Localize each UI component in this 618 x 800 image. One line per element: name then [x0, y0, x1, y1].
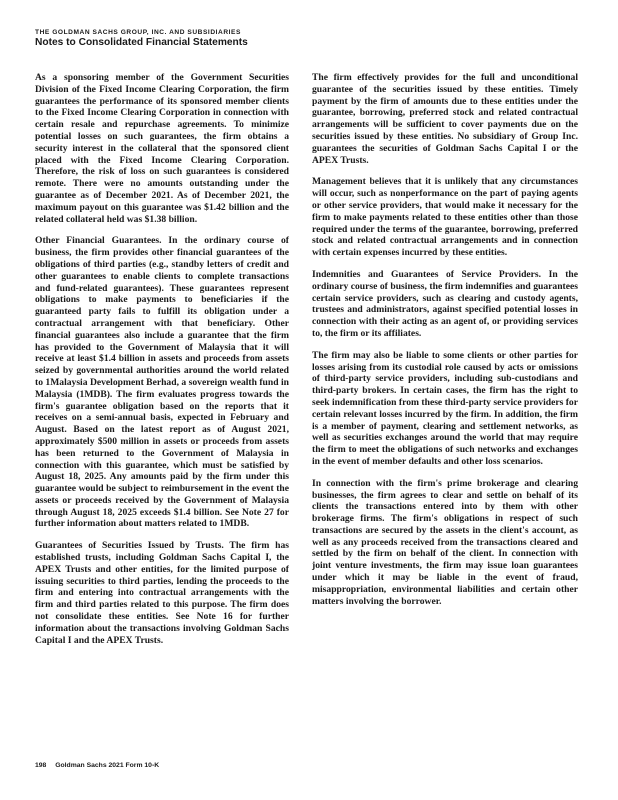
company-name: THE GOLDMAN SACHS GROUP, INC. AND SUBSID…: [35, 28, 595, 37]
paragraph-lead: Other Financial Guarantees.: [35, 235, 161, 246]
paragraph-text: The firm has established trusts, includi…: [35, 540, 289, 645]
paragraph: In connection with the firm's prime brok…: [312, 478, 578, 608]
paragraph-text: The firm effectively provides for the fu…: [312, 72, 578, 166]
page-number: 198: [35, 762, 46, 769]
page-header: THE GOLDMAN SACHS GROUP, INC. AND SUBSID…: [35, 28, 595, 49]
paragraph: Guarantees of Securities Issued by Trust…: [35, 540, 289, 646]
paragraph: As a sponsoring member of the Government…: [35, 72, 289, 225]
page-title: Notes to Consolidated Financial Statemen…: [35, 37, 595, 49]
paragraph-text: As a sponsoring member of the Government…: [35, 72, 289, 225]
paragraph: Indemnities and Guarantees of Service Pr…: [312, 269, 578, 340]
paragraph: Management believes that it is unlikely …: [312, 176, 578, 259]
left-column: As a sponsoring member of the Government…: [35, 72, 289, 656]
page-footer: 198 Goldman Sachs 2021 Form 10-K: [35, 762, 159, 769]
paragraph-text: In connection with the firm's prime brok…: [312, 478, 578, 607]
publication-name: Goldman Sachs 2021 Form 10-K: [55, 762, 159, 769]
right-column: The firm effectively provides for the fu…: [312, 72, 578, 617]
paragraph-text: Management believes that it is unlikely …: [312, 176, 578, 258]
paragraph-lead: Indemnities and Guarantees of Service Pr…: [312, 269, 541, 280]
paragraph-text: The firm may also be liable to some clie…: [312, 350, 578, 467]
paragraph: Other Financial Guarantees. In the ordin…: [35, 235, 289, 530]
paragraph-text: In the ordinary course of business, the …: [35, 235, 289, 529]
paragraph: The firm effectively provides for the fu…: [312, 72, 578, 166]
paragraph: The firm may also be liable to some clie…: [312, 350, 578, 468]
paragraph-lead: Guarantees of Securities Issued by Trust…: [35, 540, 224, 551]
